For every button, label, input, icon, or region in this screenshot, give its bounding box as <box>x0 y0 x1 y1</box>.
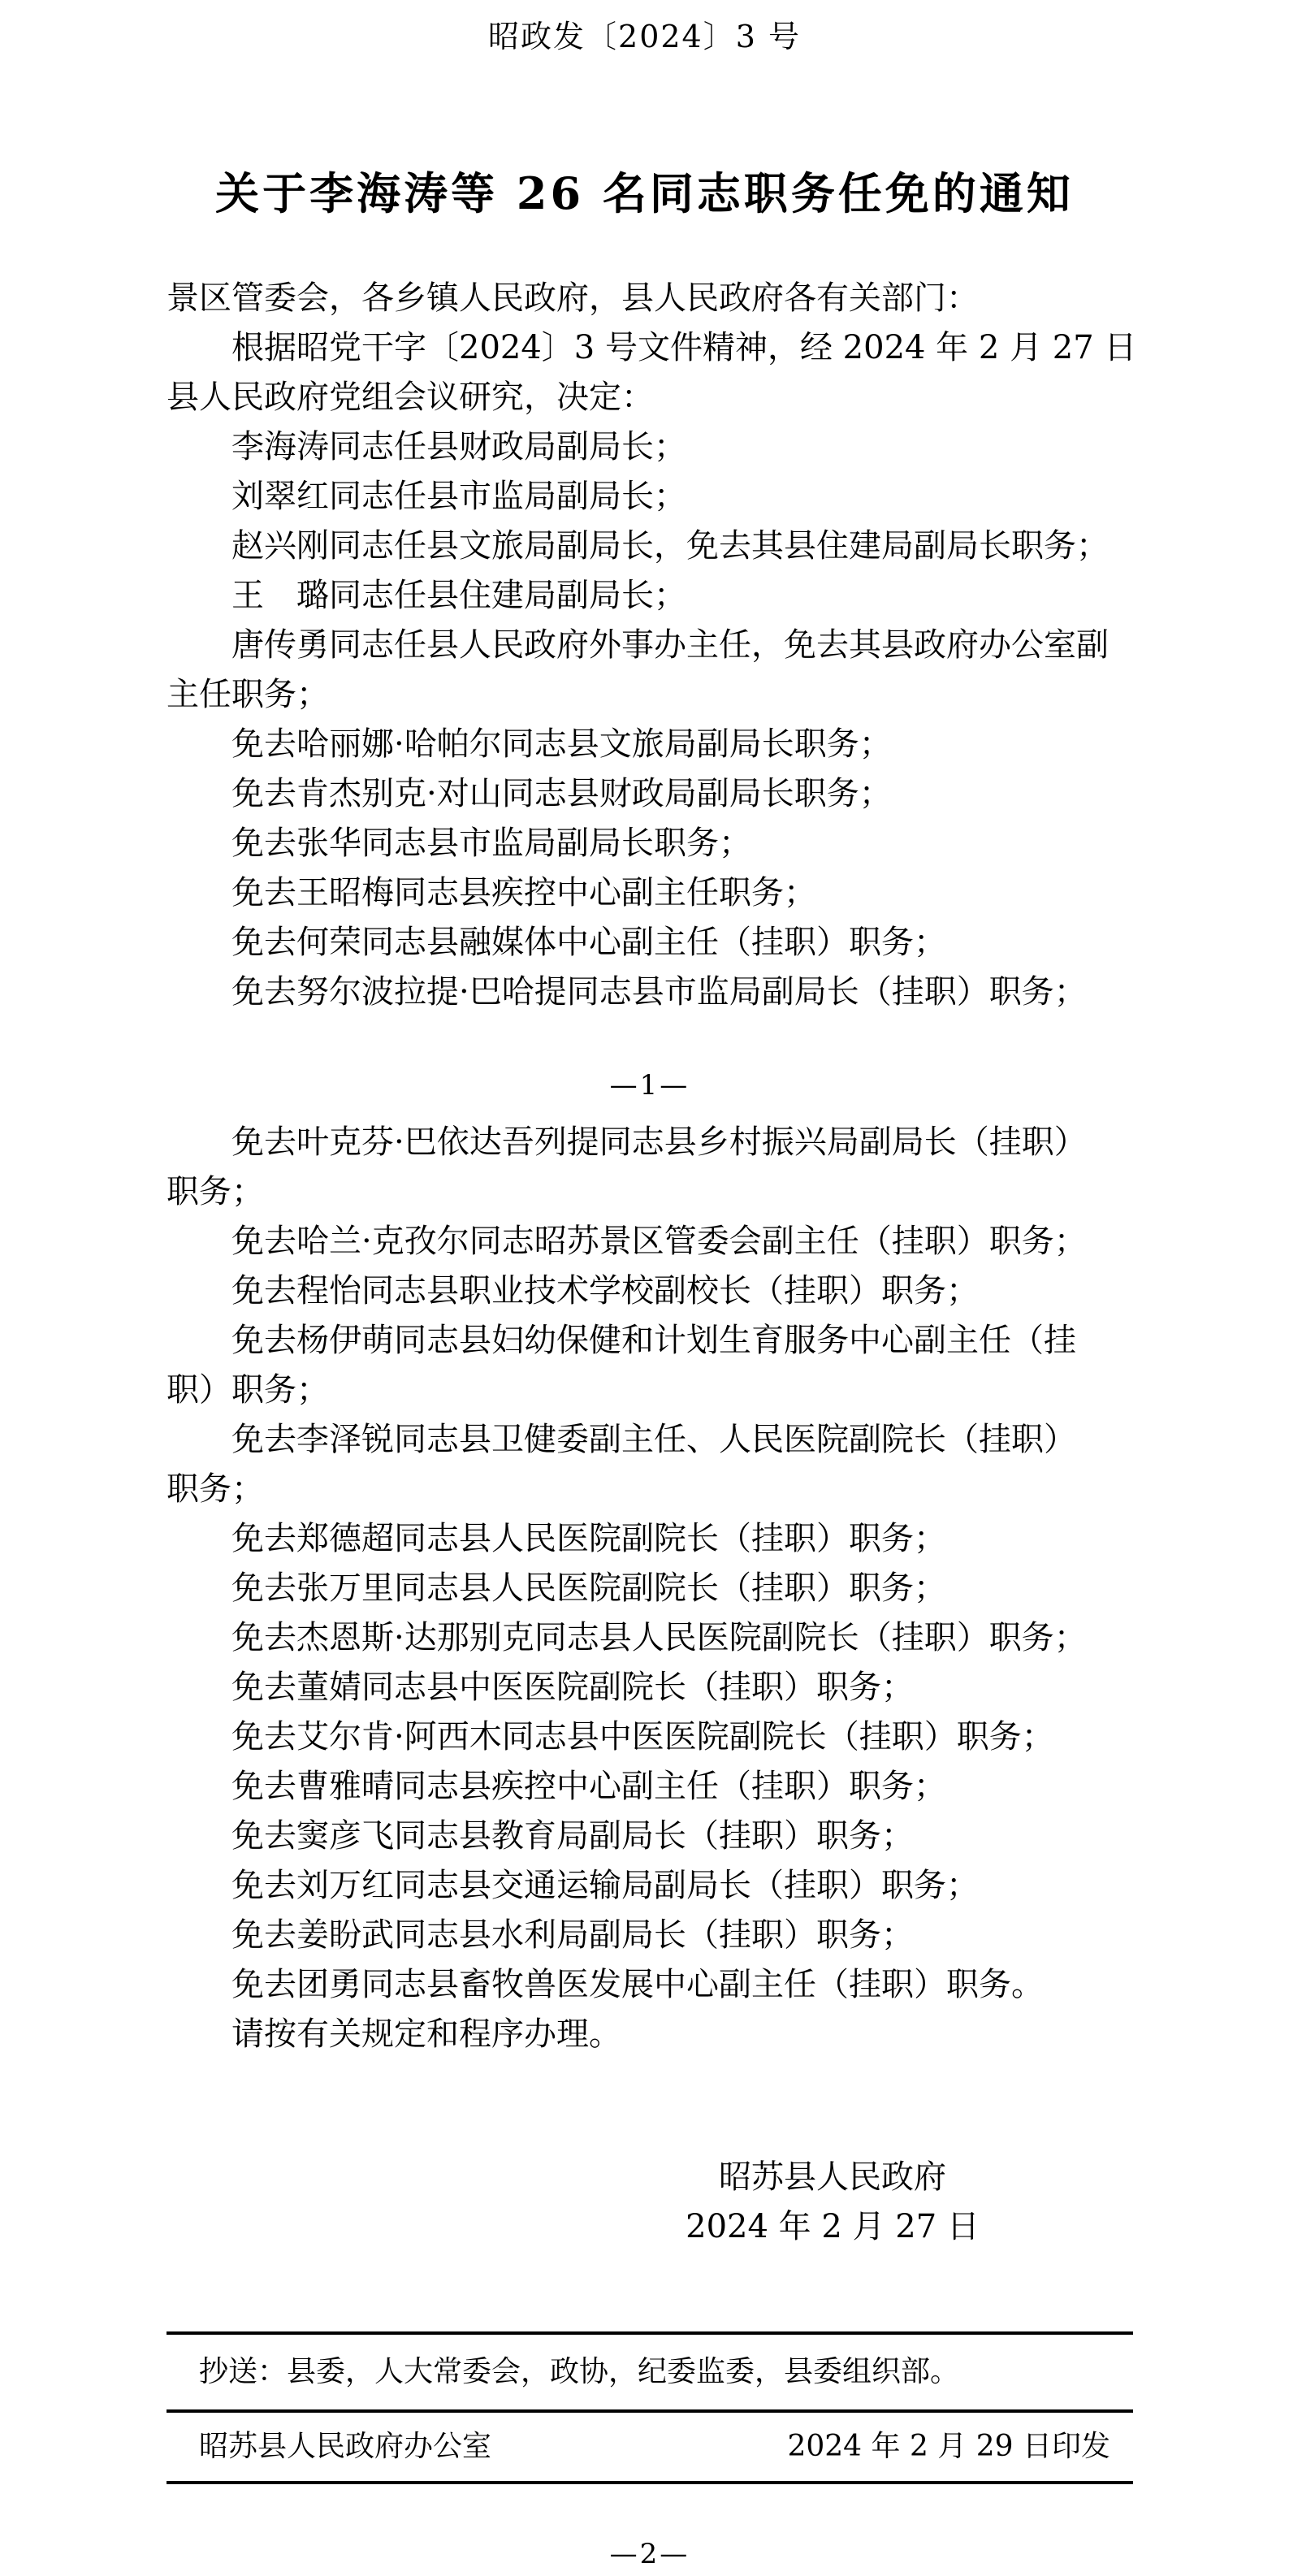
body-page2-lines: 免去叶克芬·巴依达吾列提同志县乡村振兴局副局长（挂职）职务；免去哈兰·克孜尔同志… <box>167 1118 1133 2059</box>
issuing-office: 昭苏县人民政府办公室 <box>199 2413 491 2481</box>
body-line: 王 璐同志任县住建局副局长； <box>167 571 1133 621</box>
body-line: 免去王昭梅同志县疾控中心副主任职务； <box>167 868 1133 918</box>
body-line: 职务； <box>167 1167 1133 1217</box>
body-page1-lines: 景区管委会，各乡镇人民政府，县人民政府各有关部门：根据昭党干字〔2024〕3 号… <box>167 274 1133 1017</box>
body-line: 免去刘万红同志县交通运输局副局长（挂职）职务； <box>167 1861 1133 1911</box>
body-line: 免去姜盼武同志县水利局副局长（挂职）职务； <box>167 1911 1133 1960</box>
body-line: 免去肯杰别克·对山同志县财政局副局长职务； <box>167 769 1133 819</box>
body-line: 免去团勇同志县畜牧兽医发展中心副主任（挂职）职务。 <box>167 1960 1133 2010</box>
body-line: 根据昭党干字〔2024〕3 号文件精神，经 2024 年 2 月 27 日 <box>167 323 1133 373</box>
body-line: 免去窦彦飞同志县教育局副局长（挂职）职务； <box>167 1812 1133 1861</box>
body-line: 免去曹雅晴同志县疾控中心副主任（挂职）职务； <box>167 1762 1133 1812</box>
document-body: 景区管委会，各乡镇人民政府，县人民政府各有关部门：根据昭党干字〔2024〕3 号… <box>167 274 1133 2252</box>
body-line: 免去哈丽娜·哈帕尔同志县文旅局副局长职务； <box>167 720 1133 769</box>
body-line: 唐传勇同志任县人民政府外事办主任，免去其县政府办公室副 <box>167 621 1133 670</box>
body-line: 免去杨伊萌同志县妇幼保健和计划生育服务中心副主任（挂 <box>167 1316 1133 1366</box>
body-line: 免去张华同志县市监局副局长职务； <box>167 819 1133 868</box>
body-line: 请按有关规定和程序办理。 <box>167 2010 1133 2059</box>
body-line: 主任职务； <box>167 670 1133 720</box>
body-line: 免去努尔波拉提·巴哈提同志县市监局副局长（挂职）职务； <box>167 968 1133 1017</box>
doc-title: 关于李海涛等 26 名同志职务任免的通知 <box>0 159 1289 222</box>
doc-number: 昭政发〔2024〕3 号 <box>0 11 1289 56</box>
cc-line: 抄送：县委，人大常委会，政协，纪委监委，县委组织部。 <box>167 2335 1133 2409</box>
body-line: 免去程怡同志县职业技术学校副校长（挂职）职务； <box>167 1266 1133 1316</box>
body-line: 免去董婧同志县中医医院副院长（挂职）职务； <box>167 1663 1133 1712</box>
document-footer: 抄送：县委，人大常委会，政协，纪委监委，县委组织部。 昭苏县人民政府办公室 20… <box>167 2331 1133 2576</box>
body-line: 职务； <box>167 1465 1133 1514</box>
document-page: 昭政发〔2024〕3 号 关于李海涛等 26 名同志职务任免的通知 景区管委会，… <box>0 0 1289 2576</box>
body-line: 免去郑德超同志县人民医院副院长（挂职）职务； <box>167 1514 1133 1564</box>
signature-date: 2024 年 2 月 27 日 <box>654 2202 1011 2252</box>
body-line: 免去张万里同志县人民医院副院长（挂职）职务； <box>167 1564 1133 1613</box>
signature-name: 昭苏县人民政府 <box>654 2153 1011 2202</box>
body-line: 免去杰恩斯·达那别克同志县人民医院副院长（挂职）职务； <box>167 1613 1133 1663</box>
issuer-row: 昭苏县人民政府办公室 2024 年 2 月 29 日印发 <box>167 2413 1133 2481</box>
signature-block: 昭苏县人民政府 2024 年 2 月 27 日 <box>654 2153 1011 2252</box>
body-line: 免去哈兰·克孜尔同志昭苏景区管委会副主任（挂职）职务； <box>167 1217 1133 1266</box>
body-line: 赵兴刚同志任县文旅局副局长，免去其县住建局副局长职务； <box>167 522 1133 571</box>
page2-number: —2— <box>167 2530 1133 2576</box>
footer-rule-bottom <box>167 2481 1133 2484</box>
body-line: 职）职务； <box>167 1366 1133 1415</box>
body-line: 免去叶克芬·巴依达吾列提同志县乡村振兴局副局长（挂职） <box>167 1118 1133 1167</box>
body-line: 李海涛同志任县财政局副局长； <box>167 422 1133 472</box>
body-line: 县人民政府党组会议研究，决定： <box>167 373 1133 422</box>
print-date: 2024 年 2 月 29 日印发 <box>787 2413 1110 2481</box>
body-line: 刘翠红同志任县市监局副局长； <box>167 472 1133 522</box>
body-line: 免去李泽锐同志县卫健委副主任、人民医院副院长（挂职） <box>167 1415 1133 1465</box>
body-line: 免去艾尔肯·阿西木同志县中医医院副院长（挂职）职务； <box>167 1712 1133 1762</box>
body-line: 免去何荣同志县融媒体中心副主任（挂职）职务； <box>167 918 1133 968</box>
body-line: 景区管委会，各乡镇人民政府，县人民政府各有关部门： <box>167 274 1133 323</box>
page1-number: —1— <box>167 1061 1133 1110</box>
